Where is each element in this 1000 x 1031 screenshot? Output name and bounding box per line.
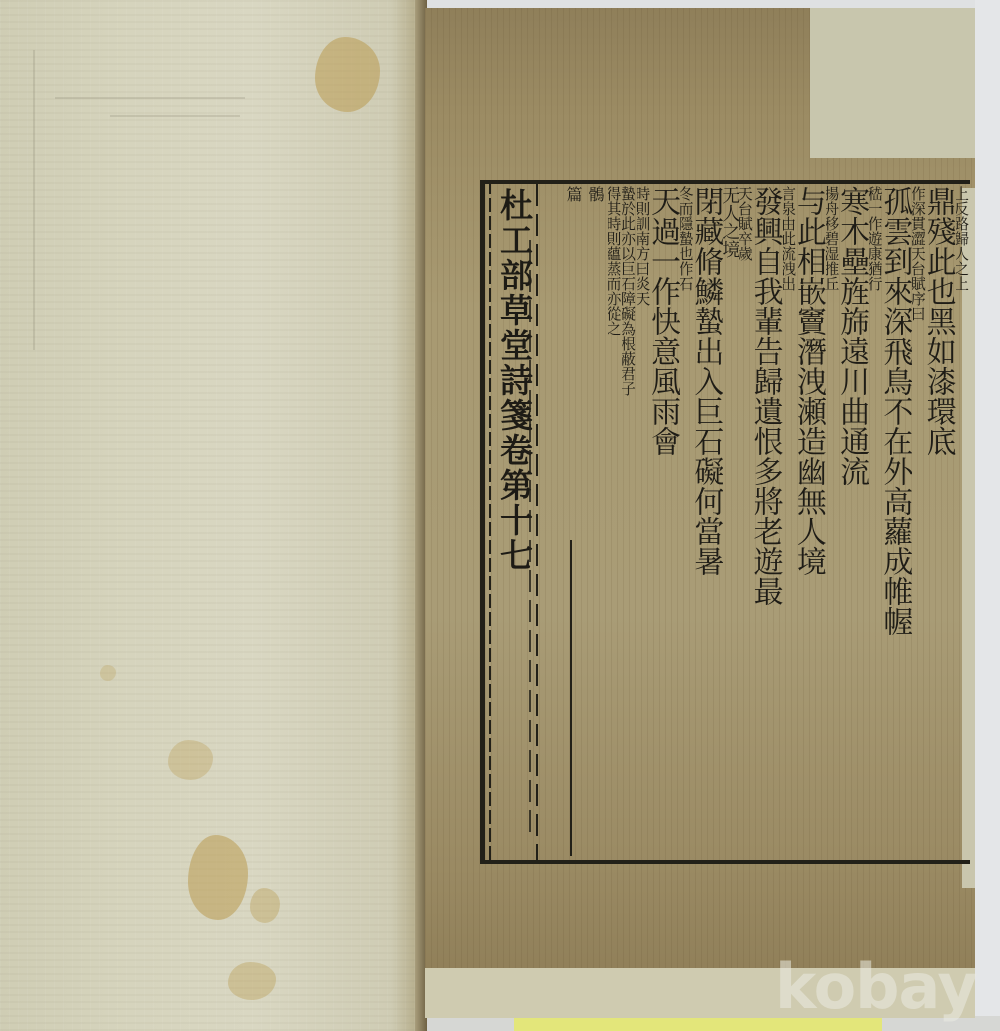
annotation-column: 作深貫澀天台賦序曰 <box>912 186 926 856</box>
annotation-column: 時則訓南方曰炎天 <box>637 186 651 856</box>
text-column: 孤雲到來深飛鳥不在外高蘿成帷幄 <box>884 186 913 856</box>
watermark: kobay <box>775 950 977 1023</box>
annotation-column: 嵇一作遊康猶行 <box>869 186 883 856</box>
text-column: 与此相嵌竇潛洩瀬造幽無人境 <box>797 186 826 856</box>
text-column: 寒木壘旌旆遠川曲通流 <box>840 186 869 856</box>
frame-border-top <box>480 180 970 184</box>
show-through-line <box>110 115 240 117</box>
frame-border-left <box>480 180 485 864</box>
background-surface <box>975 0 1000 1031</box>
frame-border-bottom <box>480 860 970 864</box>
annotation-column: 上反路歸人之上 <box>956 186 970 856</box>
text-column: 无人之境 <box>723 186 739 856</box>
printed-text-block: 杜工部草堂詩箋卷第十七 鶻 篇 上反路歸人之上 鼎殘此也黑如漆環底 作深貫澀天台… <box>480 180 975 865</box>
frame-border-left-inner <box>489 180 491 864</box>
column-rule <box>570 540 572 856</box>
text-column: 鼎殘此也黑如漆環底 <box>927 186 956 856</box>
annotation-column: 得其時則蘊蒸而亦從之 <box>608 186 622 856</box>
annotation-column: 言泉由此流洩出 <box>783 186 797 856</box>
margin-note: 鶻 <box>584 186 606 202</box>
margin-note: 篇 <box>562 186 584 202</box>
annotation-column: 冬而隱蟄也作石 <box>680 186 694 856</box>
annotation-column: 揚舟移碧湿推丘 <box>826 186 840 856</box>
text-column: 發興自我輩告歸遺恨多將老遊最 <box>754 186 783 856</box>
annotation-column: 天台賦卒歲 <box>739 186 753 856</box>
margin-notes: 鶻 篇 <box>562 186 606 202</box>
annotation-column: 蟄於此亦以巨石障礙為根蔽君子 <box>622 186 636 856</box>
volume-title: 杜工部草堂詩箋卷第十七 <box>494 188 534 588</box>
repair-paper-patch <box>810 8 975 158</box>
main-text: 上反路歸人之上 鼎殘此也黑如漆環底 作深貫澀天台賦序曰 孤雲到來深飛鳥不在外高蘿… <box>608 186 970 856</box>
column-rule <box>536 184 538 860</box>
show-through-line <box>55 97 245 99</box>
column-rule <box>529 240 531 840</box>
left-page <box>0 0 425 1031</box>
show-through-line <box>33 50 35 350</box>
text-column: 閉藏脩鱗蟄出入巨石礙何當暑 <box>694 186 723 856</box>
text-column: 天過一作快意風雨會 <box>651 186 680 856</box>
